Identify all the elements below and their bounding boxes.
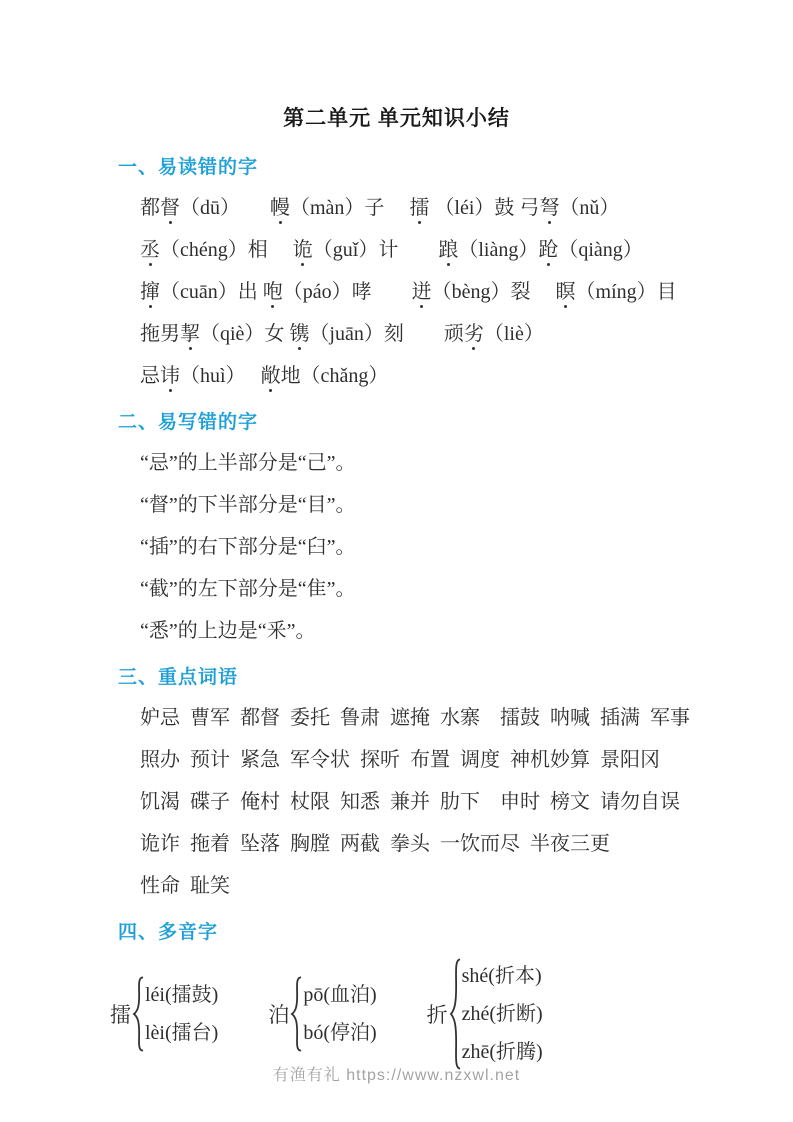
section-misread-chars: 一、易读错的字 都督（dū） 幔（màn）子 擂 （léi）鼓 弓弩（nǔ）丞（… [0,152,793,397]
word-list-line: 饥渴 碟子 俺村 杖限 知悉 兼并 肋下 申时 榜文 请勿自误 [140,781,793,823]
reading-line: pō(血泊) [303,976,376,1014]
emphasis-dotted-char: 丞 [140,239,160,261]
section-heading-misread: 一、易读错的字 [118,152,793,179]
misread-char-lines: 都督（dū） 幔（màn）子 擂 （léi）鼓 弓弩（nǔ）丞（chéng）相 … [140,187,793,397]
brace-icon [449,956,462,1072]
polyphonic-readings: pō(血泊)bó(停泊) [303,976,376,1052]
emphasis-dotted-char: 挈 [180,323,200,345]
emphasis-dotted-char: 擂 [409,197,429,219]
section-key-words: 三、重点词语 妒忌 曹军 都督 委托 鲁肃 遮掩 水寨 擂鼓 呐喊 插满 军事照… [0,662,793,907]
miswritten-char-lines: “忌”的上半部分是“己”。“督”的下半部分是“目”。“插”的右下部分是“臼”。“… [140,442,793,652]
polyphonic-readings: shé(折本)zhé(折断)zhē(折腾) [462,957,543,1071]
polyphonic-group: 泊pō(血泊)bó(停泊) [268,975,376,1053]
page-title: 第二单元 单元知识小结 [0,0,793,132]
polyphonic-group: 擂léi(擂鼓)lèi(擂台) [110,975,218,1053]
pronunciation-line: 撺（cuān）出 咆（páo）哮 迸（bèng）裂 瞑（míng）目 [140,271,793,313]
reading-line: zhé(折断) [462,995,543,1033]
polyphonic-base-char: 擂 [110,999,131,1029]
pronunciation-line: 忌讳（huì） 敞地（chǎng） [140,355,793,397]
emphasis-dotted-char: 讳 [160,365,180,387]
word-list-line: 性命 耻笑 [140,865,793,907]
note-line: “督”的下半部分是“目”。 [140,484,793,526]
reading-line: léi(擂鼓) [145,976,218,1014]
brace-icon [132,975,145,1053]
footer-watermark: 有渔有礼 https://www.nzxwl.net [0,1062,793,1085]
polyphonic-group: 折shé(折本)zhé(折断)zhē(折腾) [427,956,543,1072]
pronunciation-line: 丞（chéng）相 诡（guǐ）计 踉（liàng）跄（qiàng） [140,229,793,271]
word-list-line: 妒忌 曹军 都督 委托 鲁肃 遮掩 水寨 擂鼓 呐喊 插满 军事 [140,697,793,739]
reading-line: bó(停泊) [303,1014,376,1052]
document-page: 第二单元 单元知识小结 一、易读错的字 都督（dū） 幔（màn）子 擂 （lé… [0,0,793,1122]
key-word-lines: 妒忌 曹军 都督 委托 鲁肃 遮掩 水寨 擂鼓 呐喊 插满 军事照办 预计 紧急… [140,697,793,907]
emphasis-dotted-char: 幔 [270,197,290,219]
word-list-line: 诡诈 拖着 坠落 胸膛 两截 拳头 一饮而尽 半夜三更 [140,823,793,865]
section-miswritten-chars: 二、易写错的字 “忌”的上半部分是“己”。“督”的下半部分是“目”。“插”的右下… [0,407,793,652]
section-heading-key-words: 三、重点词语 [118,662,793,689]
emphasis-dotted-char: 瞑 [556,281,576,303]
emphasis-dotted-char: 撺 [140,281,160,303]
emphasis-dotted-char: 踉 [438,239,458,261]
section-polyphonic-chars: 四、多音字 擂léi(擂鼓)lèi(擂台)泊pō(血泊)bó(停泊)折shé(折… [0,917,793,1072]
word-list-line: 照办 预计 紧急 军令状 探听 布置 调度 神机妙算 景阳冈 [140,739,793,781]
emphasis-dotted-char: 镌 [289,323,309,345]
note-line: “悉”的上边是“釆”。 [140,610,793,652]
section-heading-polyphonic: 四、多音字 [118,917,793,944]
emphasis-dotted-char: 督 [160,197,180,219]
note-line: “截”的左下部分是“隹”。 [140,568,793,610]
emphasis-dotted-char: 咆 [263,281,283,303]
polyphonic-readings: léi(擂鼓)lèi(擂台) [145,976,218,1052]
emphasis-dotted-char: 诡 [293,239,313,261]
polyphonic-base-char: 折 [427,999,448,1029]
emphasis-dotted-char: 敞 [261,365,281,387]
pronunciation-line: 都督（dū） 幔（màn）子 擂 （léi）鼓 弓弩（nǔ） [140,187,793,229]
emphasis-dotted-char: 迸 [412,281,432,303]
note-line: “忌”的上半部分是“己”。 [140,442,793,484]
note-line: “插”的右下部分是“臼”。 [140,526,793,568]
pronunciation-line: 拖男挈（qiè）女 镌（juān）刻 顽劣（liè） [140,313,793,355]
reading-line: lèi(擂台) [145,1014,218,1052]
polyphonic-base-char: 泊 [268,999,289,1029]
emphasis-dotted-char: 弩 [539,197,559,219]
polyphonic-groups: 擂léi(擂鼓)lèi(擂台)泊pō(血泊)bó(停泊)折shé(折本)zhé(… [110,956,793,1072]
reading-line: shé(折本) [462,957,543,995]
section-heading-miswritten: 二、易写错的字 [118,407,793,434]
emphasis-dotted-char: 劣 [464,323,484,345]
brace-icon [290,975,303,1053]
emphasis-dotted-char: 跄 [538,239,558,261]
